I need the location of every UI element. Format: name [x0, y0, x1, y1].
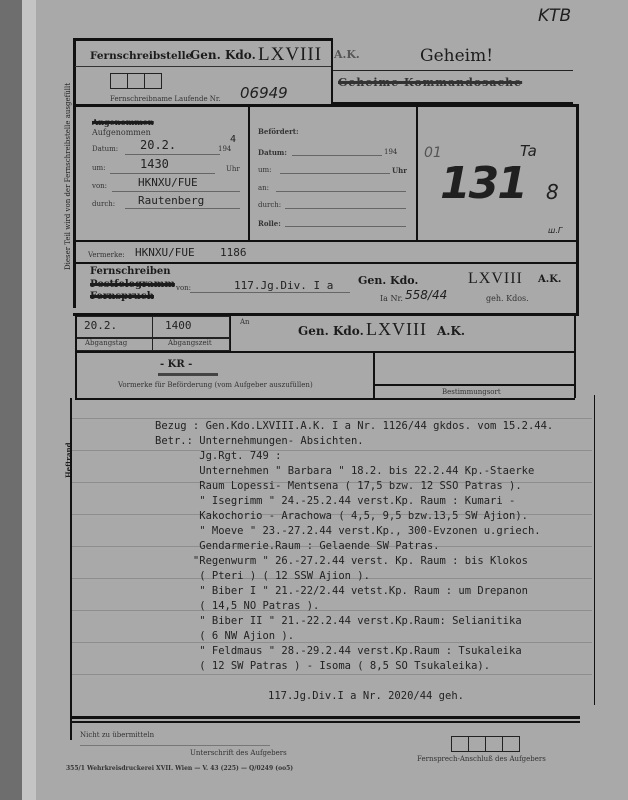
forwarded-time-line — [280, 173, 390, 174]
station-corps: LXVIII — [258, 44, 322, 66]
body-line: " Biber II " 21.-22.2.44 verst.Kp.Raum: … — [155, 615, 522, 627]
remarks-bottom-rule — [75, 262, 576, 264]
frame-divider — [331, 38, 333, 104]
body-line: Bezug : Gen.Kdo.LXVIII.A.K. I a Nr. 1126… — [155, 420, 553, 432]
dispatch-left — [75, 313, 77, 398]
received-date-value: 20.2. — [140, 138, 176, 152]
classification: Geheim! — [420, 46, 493, 66]
dispatch-to-suffix: A.K. — [437, 324, 465, 338]
forwarded-time-label: um: — [258, 166, 272, 174]
destination-divider — [373, 351, 375, 398]
received-label: Aufgenommen — [92, 128, 151, 137]
signature-label: Unterschrift des Aufgebers — [190, 749, 287, 757]
dispatch-frame-bottom — [75, 398, 575, 400]
body-line: Gendarmerie.Raum : Gelaende SW Patras. — [155, 540, 439, 552]
number-superscript: Ta — [520, 142, 537, 160]
running-number: 06949 — [240, 84, 288, 102]
station-value: Gen. Kdo. — [190, 48, 256, 62]
forwarded-by-label: durch: — [258, 201, 281, 209]
body-line: " Biber I " 21.-22/2.44 vetst.Kp. Raum :… — [155, 585, 528, 597]
number-suffix: 8 — [546, 180, 559, 204]
section-top-rule — [73, 104, 578, 107]
body-line: " Moeve " 23.-27.2.44 verst.Kp., 300-Evz… — [155, 525, 541, 537]
recipient-suffix: A.K. — [538, 274, 561, 285]
ktb-annotation: KTB — [538, 6, 571, 26]
body-line: " Feldmaus " 28.-29.2.44 verst.Kp.Raum :… — [155, 645, 522, 657]
body-line: " Isegrimm " 24.-25.2.44 verst.Kp. Raum … — [155, 495, 515, 507]
message-from-value: 117.Jg.Div. I a — [234, 279, 333, 292]
phone-label: Fernsprech-Anschluß des Aufgebers — [417, 755, 546, 763]
body-line: ( Pteri ) ( 12 SSW Ajion ). — [155, 570, 370, 582]
received-from-label: von: — [92, 182, 107, 190]
forwarded-roll-label: Rolle: — [258, 219, 281, 228]
signature-dotline — [80, 745, 270, 746]
rule — [72, 610, 592, 611]
phone-boxes — [451, 736, 519, 756]
printer-note: 355/1 Wehrkreisdruckerei XVII. Wien — V.… — [66, 765, 293, 772]
dispatch-bottom-rule — [75, 351, 575, 353]
frame-top — [73, 38, 333, 41]
signature-line: 117.Jg.Div.I a Nr. 2020/44 geh. — [268, 690, 464, 702]
dispatch-time-label: Abgangszeit — [168, 339, 212, 347]
received-time-line — [110, 173, 215, 174]
forwarded-time-unit: Uhr — [392, 166, 407, 175]
body-right — [594, 395, 595, 705]
body-line: ( 14,5 NO Patras ). — [155, 600, 319, 612]
ref-value: 558/44 — [405, 288, 447, 302]
ref-class: geh. Kdos. — [486, 294, 529, 303]
divider-received — [248, 104, 250, 240]
received-time-label: um: — [92, 164, 106, 172]
body-line: Unternehmen " Barbara " 18.2. bis 22.2.4… — [155, 465, 534, 477]
dispatch-day-label: Abgangstag — [85, 339, 127, 347]
body-line: Kakochorio - Arachowa ( 4,5, 9,5 bzw.13,… — [155, 510, 528, 522]
side-note: Dieser Teil wird von der Fernschreibstel… — [64, 83, 72, 270]
received-by-value: Rautenberg — [138, 194, 204, 207]
station-rule — [75, 66, 331, 67]
message-from-label: von: — [176, 284, 191, 292]
message-type-struck-2: Fernspruch — [90, 291, 154, 302]
priority: - KR - — [160, 359, 192, 370]
forwarded-by-line — [285, 208, 406, 209]
received-struck-label: Angenommen — [92, 117, 154, 127]
received-from-line — [112, 191, 240, 192]
received-by-label: durch: — [92, 200, 115, 208]
footer-rule-1 — [70, 716, 580, 719]
remarks-value: HKNXU/FUE — [135, 246, 195, 259]
body-line: ( 12 SW Patras ) - Isoma ( 8,5 SO Tsukal… — [155, 660, 490, 672]
body-line: Betr.: Unternehmungen- Absichten. — [155, 435, 364, 447]
message-type-selected: Fernschreiben — [90, 266, 171, 277]
remarks-number: 1186 — [220, 246, 247, 259]
forwarded-date-label: Datum: — [258, 148, 287, 157]
teletype-name-label: Fernschreibname Laufende Nr. — [110, 95, 221, 103]
rule — [72, 674, 592, 675]
dispatch-to-corps: LXVIII — [366, 319, 427, 340]
remarks-label: Vermerke: — [88, 251, 125, 259]
dispatch-time-value: 1400 — [165, 319, 192, 332]
name-boxes — [110, 73, 161, 93]
station-corps-suffix: A.K. — [334, 48, 360, 61]
forwarded-date-line — [292, 155, 382, 156]
received-time-value: 1430 — [140, 157, 169, 171]
dispatch-to-label: An — [240, 318, 250, 326]
divider-forwarded — [416, 104, 418, 240]
body-line: ( 6 NW Ajion ). — [155, 630, 294, 642]
dispatch-right — [574, 313, 576, 398]
forwarded-year-prefix: 194 — [384, 148, 397, 156]
frame-left — [73, 38, 76, 308]
footer-rule-2 — [70, 721, 580, 723]
forwarded-roll-line — [285, 226, 406, 227]
received-year-digit: 4 — [230, 134, 236, 145]
rule — [72, 642, 592, 643]
received-from-value: HKNXU/FUE — [138, 176, 198, 189]
large-number: 131 — [440, 158, 526, 209]
dispatch-day-value: 20.2. — [84, 319, 117, 332]
forwarded-to-label: an: — [258, 184, 269, 192]
priority-note: Vormerke für Beförderung (vom Aufgeber a… — [118, 381, 313, 389]
body-line: Raum Lopessi- Mentsena ( 17,5 bzw. 12 SS… — [155, 480, 522, 492]
recipient-header: Gen. Kdo. — [358, 274, 418, 287]
rule — [72, 418, 592, 419]
destination-rule — [373, 384, 574, 386]
forwarded-label: Befördert: — [258, 127, 299, 136]
message-from-line — [190, 292, 350, 293]
classification-rule — [333, 70, 573, 71]
station-label: Fernschreibstelle — [90, 50, 192, 62]
dispatch-divider — [230, 313, 231, 351]
remarks-top-rule — [75, 240, 576, 242]
received-date-label: Datum: — [92, 145, 118, 153]
forwarded-to-line — [276, 191, 406, 192]
message-type-struck-1: Postfelegramm — [90, 279, 175, 290]
body-line: Jg.Rgt. 749 : — [155, 450, 281, 462]
received-year-prefix: 194 — [218, 145, 231, 153]
not-transmit-label: Nicht zu übermitteln — [80, 731, 154, 739]
paper-edge — [22, 0, 36, 800]
classification-struck: Geheime Kommandosache — [338, 76, 522, 89]
priority-underline — [158, 373, 218, 376]
destination-label: Bestimmungsort — [442, 388, 501, 396]
recipient-corps: LXVIII — [468, 270, 523, 288]
initials: ш.Г — [548, 226, 562, 235]
body-line: "Regenwurm " 26.-27.2.44 verst. Kp. Raum… — [155, 555, 528, 567]
dispatch-to-value: Gen. Kdo. — [298, 324, 364, 338]
received-by-line — [125, 208, 240, 209]
received-date-line — [125, 154, 220, 155]
received-time-unit: Uhr — [226, 165, 240, 173]
frame-right — [576, 104, 579, 316]
ref-label: Ia Nr. — [380, 294, 403, 303]
rule — [72, 450, 592, 451]
